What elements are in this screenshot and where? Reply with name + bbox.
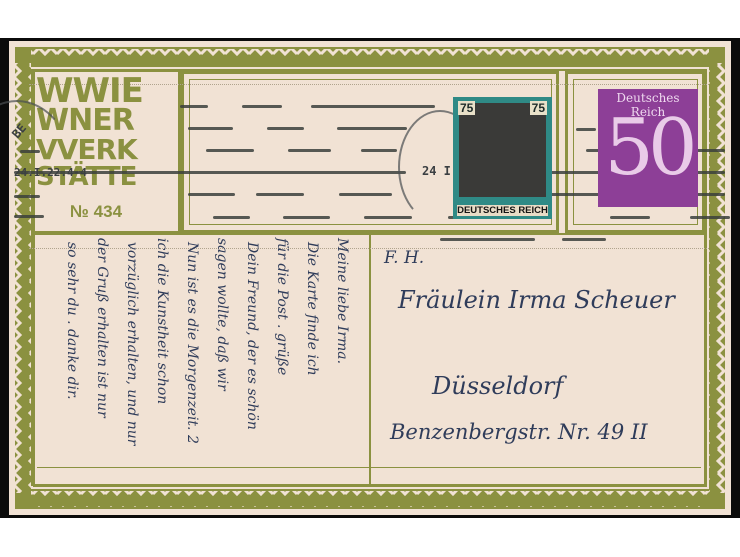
address-salutation: F. H. (384, 248, 424, 268)
message-line: für die Post . grüße (274, 238, 290, 375)
stamp-value: 50 (598, 103, 698, 193)
address-city: Düsseldorf (432, 372, 563, 400)
address-name: Fräulein Irma Scheuer (398, 286, 675, 314)
postmark-date-left: 24.I.22.4-4 (14, 166, 87, 179)
stamp-germania-75: 75 75 DEUTSCHES REICH (453, 97, 552, 219)
message-line: vorzüglich erhalten, und nur (124, 242, 140, 445)
germania-portrait (459, 103, 546, 197)
stamp-value-right: 75 (530, 101, 547, 115)
address-street: Benzenbergstr. Nr. 49 II (390, 420, 648, 444)
address-panel (369, 233, 706, 486)
catalog-number: № 434 (70, 202, 122, 222)
message-line: Dein Freund, der es schön (244, 242, 260, 430)
inner-rule (37, 467, 701, 468)
message-line: ich die Kunstheit schon (154, 238, 170, 404)
message-line: der Gruß erhalten ist nur (94, 238, 110, 418)
message-line: sagen wollte, daß wir (214, 238, 230, 391)
stamp-numeral-50: Deutsches Reich 50 (598, 89, 698, 207)
message-line: Meine liebe Irma. (334, 238, 350, 364)
stamp-value-left: 75 (458, 101, 475, 115)
message-panel (31, 233, 371, 486)
message-line: Die Karte finde ich (304, 242, 320, 376)
stamp-country-label: DEUTSCHES REICH (457, 205, 548, 216)
message-line: so sehr du . danke dir. (64, 242, 80, 400)
message-line: Nun ist es die Morgenzeit. 2 (184, 242, 200, 444)
